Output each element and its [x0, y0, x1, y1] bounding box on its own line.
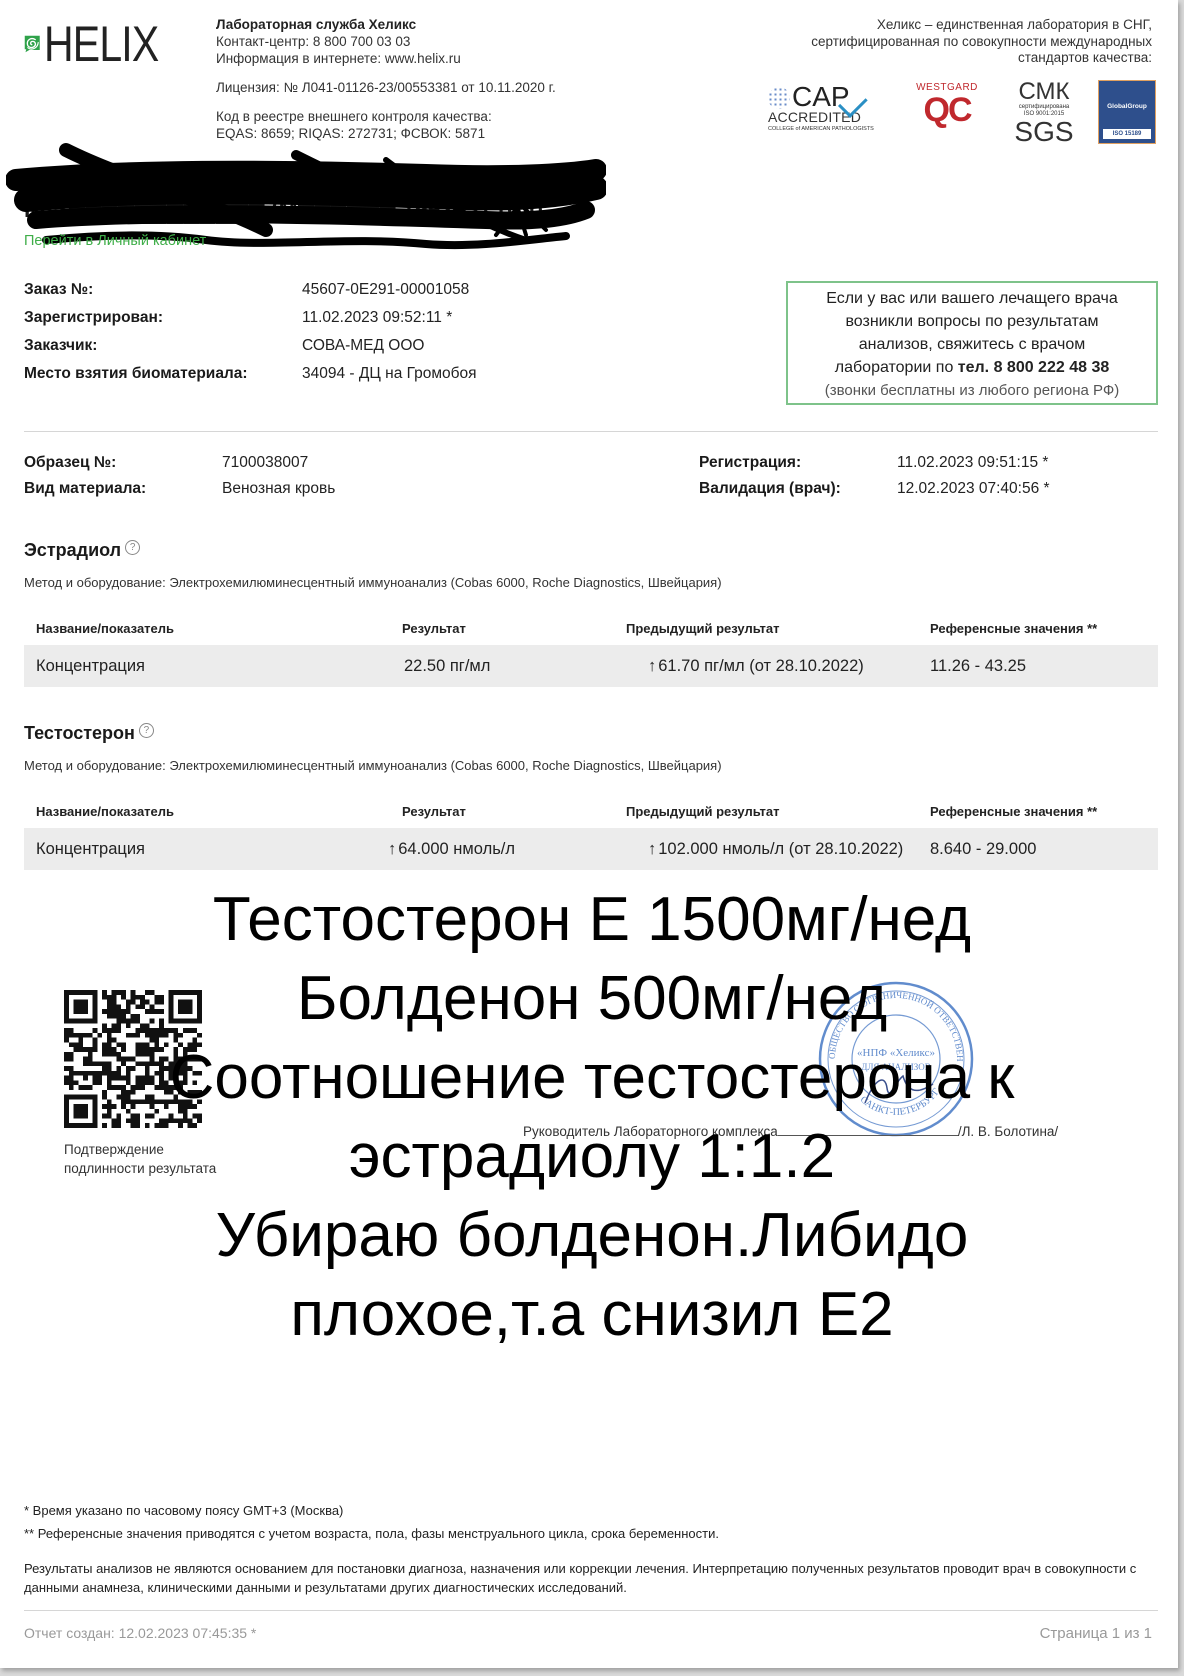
collection-place-label: Место взятия биоматериала: — [24, 360, 248, 388]
column-header-result: Результат — [402, 797, 466, 825]
doctor-phone[interactable]: тел. 8 800 222 48 38 — [958, 359, 1109, 376]
previous-text: 61.70 пг/мл (от 28.10.2022) — [658, 657, 864, 676]
test-title-testosterone: Тестостерон? — [24, 723, 154, 744]
helix-logo-icon — [24, 20, 40, 68]
lab-report-page: HELIX Лабораторная служба Хеликс Контакт… — [0, 0, 1178, 1668]
table-row: Концентрация 22.50 пг/мл ↑61.70 пг/мл (о… — [24, 645, 1158, 687]
overlay-line: плохое,т.а снизил Е2 — [0, 1275, 1184, 1354]
license: Лицензия: № Л041-01126-23/00553381 от 10… — [216, 79, 556, 96]
footnote-reference: ** Референсные значения приводятся с уче… — [24, 1526, 719, 1541]
result-text: 64.000 нмоль/л — [398, 840, 515, 859]
overlay-line: Убираю болденон.Либидо — [0, 1196, 1184, 1275]
result-text: 22.50 пг/мл — [404, 657, 490, 676]
website[interactable]: Информация в интернете: www.helix.ru — [216, 50, 556, 67]
test-method: Метод и оборудование: Электрохемилюминес… — [24, 575, 722, 590]
test-name: Эстрадиол — [24, 540, 121, 560]
contact-line: Если у вас или вашего лечащего врача — [788, 287, 1156, 310]
material-type: Венозная кровь — [222, 476, 335, 502]
test-title-estradiol: Эстрадиол? — [24, 540, 140, 561]
cert-text-line: стандартов качества: — [732, 50, 1152, 67]
order-info-labels: Заказ №: Зарегистрирован: Заказчик: Мест… — [24, 276, 248, 388]
previous-result: ↑61.70 пг/мл (от 28.10.2022) — [648, 645, 864, 687]
registration-date: 11.02.2023 09:51:15 * — [897, 450, 1050, 476]
reference-range: 8.640 - 29.000 — [930, 828, 1036, 870]
contact-line: лаборатории по тел. 8 800 222 48 38 — [788, 356, 1156, 379]
contact-line: возникли вопросы по результатам — [788, 310, 1156, 333]
overlay-line: Тестостерон Е 1500мг/нед — [0, 880, 1184, 959]
globalgroup-logo: GlobalGroup ISO 15189 — [1098, 80, 1156, 144]
column-header-reference: Референсные значения ** — [930, 614, 1097, 642]
globalgroup-name: GlobalGroup — [1099, 103, 1155, 110]
divider — [24, 1610, 1158, 1611]
indicator-name: Концентрация — [36, 645, 145, 687]
page-number: Страница 1 из 1 — [1040, 1625, 1152, 1642]
sgs-mid: сертифицирована — [1014, 104, 1074, 111]
sgs-iso-logo: СМК сертифицирована ISO 9001:2015 SGS — [1014, 80, 1074, 146]
footnote-timezone: * Время указано по часовому поясу GMT+3 … — [24, 1503, 343, 1518]
previous-text: 102.000 нмоль/л (от 28.10.2022) — [658, 840, 903, 859]
report-created: Отчет создан: 12.02.2023 07:45:35 * — [24, 1625, 256, 1641]
indicator-name: Концентрация — [36, 828, 145, 870]
help-icon[interactable]: ? — [139, 723, 154, 738]
overlay-line: Соотношение тестостерона к — [0, 1038, 1184, 1117]
contact-note: (звонки бесплатны из любого региона РФ) — [788, 379, 1156, 402]
registered-date: 11.02.2023 09:52:11 * — [302, 304, 477, 332]
result-value: 22.50 пг/мл — [402, 645, 490, 687]
column-header-previous: Предыдущий результат — [626, 797, 780, 825]
customer: СОВА-МЕД ООО — [302, 332, 477, 360]
globalgroup-iso: ISO 15189 — [1103, 129, 1151, 139]
quality-code-label: Код в реестре внешнего контроля качества… — [216, 108, 556, 125]
registration-labels: Регистрация: Валидация (врач): — [699, 450, 841, 502]
arrow-up-icon: ↑ — [388, 840, 396, 859]
previous-result: ↑102.000 нмоль/л (от 28.10.2022) — [648, 828, 903, 870]
certification-text: Хеликс – единственная лаборатория в СНГ,… — [732, 17, 1152, 67]
cap-dots-icon — [768, 87, 790, 109]
order-number: 45607-0E291-00001058 — [302, 276, 477, 304]
contact-prefix: лаборатории по — [835, 359, 958, 376]
logo-text: HELIX — [44, 20, 158, 68]
collection-place: 34094 - ДЦ на Громобоя — [302, 360, 477, 388]
overlay-annotation: Тестостерон Е 1500мг/нед Болденон 500мг/… — [0, 880, 1184, 1354]
sgs-top: СМК — [1014, 80, 1074, 104]
registration-label: Регистрация: — [699, 450, 841, 476]
cert-text-line: сертифицированная по совокупности междун… — [732, 34, 1152, 51]
sample-number: 7100038007 — [222, 450, 335, 476]
material-type-label: Вид материала: — [24, 476, 146, 502]
column-header-previous: Предыдущий результат — [626, 614, 780, 642]
order-info-values: 45607-0E291-00001058 11.02.2023 09:52:11… — [302, 276, 477, 388]
contact-center: Контакт-центр: 8 800 700 03 03 — [216, 33, 556, 50]
validation-date: 12.02.2023 07:40:56 * — [897, 476, 1050, 502]
overlay-line: Болденон 500мг/нед — [0, 959, 1184, 1038]
helix-logo: HELIX — [24, 18, 184, 70]
arrow-up-icon: ↑ — [648, 657, 656, 676]
overlay-line: эстрадиолу 1:1.2 — [0, 1117, 1184, 1196]
lab-info: Лабораторная служба Хеликс Контакт-центр… — [216, 16, 556, 142]
results-table-header: Название/показатель Результат Предыдущий… — [24, 614, 1158, 642]
arrow-up-icon: ↑ — [648, 840, 656, 859]
lab-name: Лабораторная служба Хеликс — [216, 16, 556, 33]
sgs-bottom: SGS — [1014, 118, 1074, 146]
westgard-qc-logo: WESTGARD QC — [912, 82, 982, 132]
personal-cabinet-link[interactable]: Перейти в Личный кабинет — [24, 233, 206, 249]
registration-values: 11.02.2023 09:51:15 * 12.02.2023 07:40:5… — [897, 450, 1050, 502]
divider — [24, 431, 1158, 432]
column-header-name: Название/показатель — [36, 797, 174, 825]
westgard-qc: QC — [912, 93, 982, 127]
test-method: Метод и оборудование: Электрохемилюминес… — [24, 758, 722, 773]
sample-number-label: Образец №: — [24, 450, 146, 476]
column-header-reference: Референсные значения ** — [930, 797, 1097, 825]
sample-info-labels: Образец №: Вид материала: — [24, 450, 146, 502]
sample-info-values: 7100038007 Венозная кровь — [222, 450, 335, 502]
result-value: ↑64.000 нмоль/л — [388, 828, 515, 870]
disclaimer: Результаты анализов не являются основани… — [24, 1559, 1158, 1597]
cap-subtitle: COLLEGE of AMERICAN PATHOLOGISTS — [768, 126, 874, 132]
reference-range: 11.26 - 43.25 — [930, 645, 1026, 687]
column-header-name: Название/показатель — [36, 614, 174, 642]
cert-text-line: Хеликс – единственная лаборатория в СНГ, — [732, 17, 1152, 34]
table-row: Концентрация ↑64.000 нмоль/л ↑102.000 нм… — [24, 828, 1158, 870]
help-icon[interactable]: ? — [125, 540, 140, 555]
doctor-contact-box: Если у вас или вашего лечащего врача воз… — [786, 281, 1158, 405]
certification-logos: CAP ACCREDITED COLLEGE of AMERICAN PATHO… — [766, 80, 1160, 146]
customer-label: Заказчик: — [24, 332, 248, 360]
contact-line: анализов, свяжитесь с врачом — [788, 333, 1156, 356]
column-header-result: Результат — [402, 614, 466, 642]
cap-accredited-logo: CAP ACCREDITED COLLEGE of AMERICAN PATHO… — [766, 83, 884, 135]
order-number-label: Заказ №: — [24, 276, 248, 304]
validation-label: Валидация (врач): — [699, 476, 841, 502]
test-name: Тестостерон — [24, 723, 135, 743]
registered-label: Зарегистрирован: — [24, 304, 248, 332]
results-table-header: Название/показатель Результат Предыдущий… — [24, 797, 1158, 825]
